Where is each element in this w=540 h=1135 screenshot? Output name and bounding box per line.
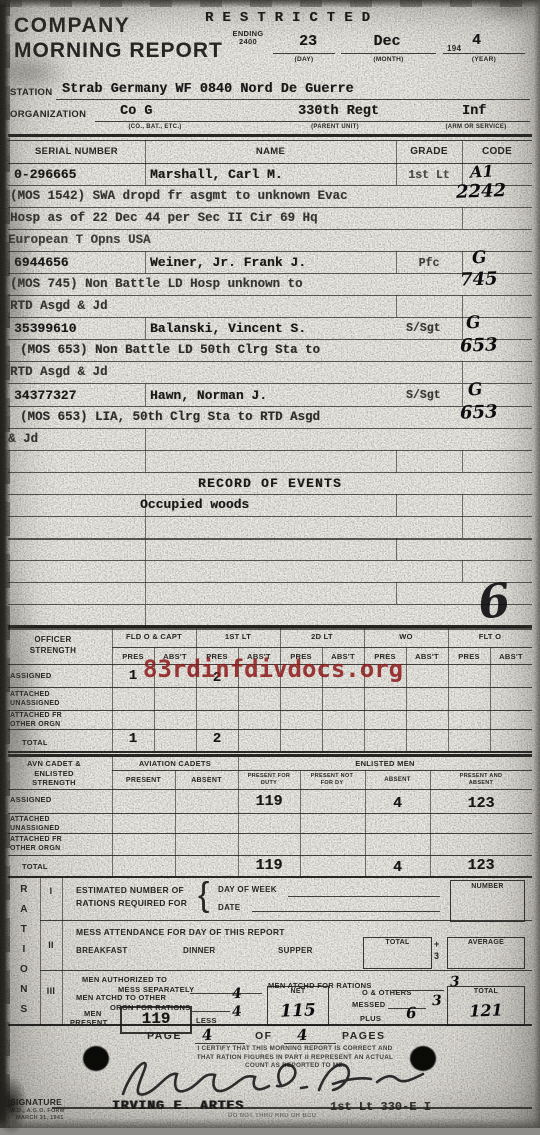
rule [364, 627, 365, 751]
rations-total-box: TOTAL 121 [447, 986, 525, 1026]
rations-letter: I [8, 944, 40, 955]
officer-group-2d-lt: 2D LT [280, 632, 364, 641]
roster-row-blank [8, 560, 532, 583]
enlisted-men-group: ENLISTED MEN [238, 759, 532, 768]
rations-letter: S [8, 1004, 40, 1015]
section-iii-numeral: III [40, 986, 62, 996]
org-arm-sublabel: (ARM OR SERVICE) [420, 124, 532, 130]
rule [145, 560, 146, 582]
total-present-for-duty: 119 [238, 857, 300, 874]
roster-col-serial: SERIAL NUMBER [8, 146, 145, 157]
soldier-name: Balanski, Vincent S. [150, 321, 306, 336]
pages-total: 4 [296, 1026, 308, 1045]
rule [145, 140, 146, 163]
assigned-absent: 4 [365, 795, 430, 812]
rule [8, 813, 532, 814]
classification-banner: RESTRICTED [205, 10, 415, 26]
rule [145, 251, 146, 273]
roster-row: 35399610 Balanski, Vincent S. S/Sgt G [8, 317, 532, 340]
rule [192, 1011, 230, 1012]
officer-group-fldo-capt: FLD O & CAPT [112, 632, 196, 641]
officer-total-1stlt-pres: 2 [196, 731, 238, 747]
rule [175, 770, 176, 876]
officer-group-wo: WO [364, 632, 448, 641]
rations-i-line2: RATIONS REQUIRED FOR [76, 898, 187, 908]
routing-note: DO NOT THRU RRU OR BCU [228, 1113, 316, 1119]
officer-total-fldo-pres: 1 [112, 731, 154, 747]
rule [8, 855, 532, 856]
rule [8, 140, 532, 141]
rule [448, 627, 449, 751]
rule [8, 751, 532, 753]
rule [145, 163, 146, 185]
roster-row: 0-296665 Marshall, Carl M. 1st Lt A1 [8, 163, 532, 186]
code-handwritten: G [467, 379, 484, 400]
remark-text: (MOS 653) LIA, 50th Clrg Sta to RTD Asgd [20, 410, 320, 424]
rule [396, 538, 397, 560]
rule [145, 317, 146, 339]
pages-label: PAGES [342, 1030, 385, 1042]
date-label: DATE [218, 903, 240, 912]
rule [284, 1043, 336, 1044]
divide-sign: + [434, 939, 440, 949]
org-company-sublabel: (CO., BAT., ETC.) [100, 124, 210, 130]
roster-row-blank [8, 450, 532, 473]
day-of-week-label: DAY OF WEEK [218, 885, 277, 894]
less-value: 4 [231, 1004, 242, 1021]
grade-value: S/Sgt [406, 389, 441, 402]
rule [8, 710, 532, 711]
total-present-and-absent: 123 [430, 857, 532, 874]
messed-label: MESSED [352, 1000, 385, 1009]
present-for-duty-header: PRESENT FOR DUTY [242, 773, 296, 786]
rule [396, 582, 397, 604]
section-i-numeral: I [40, 886, 62, 896]
rule [40, 878, 41, 1026]
pres-header: PRES [448, 652, 490, 661]
rations-letter: O [8, 964, 40, 975]
roster-row: (MOS 1542) SWA dropd fr asgmt to unknown… [8, 185, 532, 208]
number-box: NUMBER [450, 880, 525, 922]
men-authorized-label: MEN AUTHORIZED TO [82, 975, 167, 984]
ending-label: ENDING 2400 [228, 30, 268, 46]
net-value: 115 [268, 1000, 329, 1022]
day-sublabel: (DAY) [273, 56, 335, 63]
net-box: NET 115 [267, 986, 329, 1026]
rations-letter: N [8, 984, 40, 995]
section-ii-numeral: II [40, 940, 62, 950]
rule [145, 582, 146, 604]
page-number: 4 [201, 1026, 213, 1045]
rule [341, 53, 436, 54]
rule [288, 896, 440, 897]
roster-col-grade: GRADE [396, 146, 462, 157]
punch-hole [83, 1046, 109, 1071]
code-handwritten: 653 [460, 401, 498, 423]
rule [8, 876, 532, 879]
present-not-for-dy-header: PRESENT NOT FOR DY [304, 773, 360, 786]
form-ink-layer: RESTRICTED COMPANY MORNING REPORT ENDING… [0, 0, 540, 1128]
punch-hole [410, 1046, 436, 1071]
code-handwritten: G [471, 247, 487, 268]
rations-letter: A [8, 904, 40, 915]
roster-row: 34377327 Hawn, Norman J. S/Sgt G [8, 384, 532, 407]
record-of-events-entry-row: Occupied woods [8, 494, 532, 517]
roster-col-code: CODE [462, 146, 532, 157]
station-value: Strab Germany WF 0840 Nord De Guerre [62, 82, 354, 97]
cert-line1: I CERTIFY THAT THIS MORNING REPORT IS CO… [160, 1045, 430, 1052]
atchd-other-value: 4 [232, 986, 243, 1002]
handwritten-signature [115, 1052, 435, 1107]
year-sublabel: (YEAR) [443, 56, 525, 63]
cadet-absent-header: ABSENT [175, 777, 238, 784]
rule [443, 53, 525, 54]
mess-attendance-title: MESS ATTENDANCE FOR DAY OF THIS REPORT [76, 927, 285, 937]
rule [145, 538, 146, 560]
roster-row: (MOS 745) Non Battle LD Hosp unknown to … [8, 273, 532, 296]
mess-total-label: TOTAL [364, 939, 431, 946]
abst-header: ABS'T [406, 652, 448, 661]
rule [396, 295, 397, 317]
rule [8, 833, 532, 834]
mess-total-box: TOTAL [363, 937, 432, 969]
average-box: AVERAGE [447, 937, 525, 969]
rule [8, 625, 532, 628]
rule [145, 516, 146, 538]
archive-watermark: 83rdinfdivdocs.org [143, 655, 403, 683]
report-year-digit: 4 [472, 32, 481, 49]
roster-row: 6944656 Weiner, Jr. Frank J. Pfc G [8, 251, 532, 274]
dinner-label: DINNER [183, 946, 215, 955]
remark-text: (MOS 653) Non Battle LD 50th Clrg Sta to [20, 343, 320, 357]
handwritten-margin-mark: 6 [475, 572, 513, 629]
rule [300, 770, 301, 876]
rule [95, 121, 530, 122]
org-parent-sublabel: (PARENT UNIT) [280, 124, 390, 130]
report-month: Dec [352, 33, 422, 50]
rule [62, 878, 63, 1026]
form-title-line1: COMPANY [14, 14, 130, 38]
rations-i-line1: ESTIMATED NUMBER OF [76, 885, 184, 895]
number-box-label: NUMBER [451, 883, 524, 890]
rations-total-label: TOTAL [448, 988, 524, 995]
grade-value: Pfc [396, 257, 462, 270]
year-prefix: 194 [447, 44, 461, 53]
rule [396, 140, 397, 163]
soldier-name: Weiner, Jr. Frank J. [150, 255, 306, 270]
month-sublabel: (MONTH) [341, 56, 436, 63]
roster-row: (MOS 653) LIA, 50th Clrg Sta to RTD Asgd… [8, 406, 532, 429]
rule [462, 140, 463, 163]
grade-value: 1st Lt [396, 169, 462, 182]
absent-header: ABSENT [365, 777, 430, 783]
rule [8, 789, 532, 790]
rule [8, 134, 532, 137]
morning-report-page: RESTRICTED COMPANY MORNING REPORT ENDING… [0, 0, 540, 1128]
assigned-present-for-duty: 119 [238, 793, 300, 810]
signature-label: SIGNATURE [10, 1097, 62, 1107]
code-handwritten: 653 [460, 335, 498, 357]
rations-letter: R [8, 884, 40, 895]
remark-text: Hosp as of 22 Dec 44 per Sec II Cir 69 H… [10, 211, 318, 225]
rule [145, 450, 146, 472]
rule [112, 756, 113, 876]
total-absent: 4 [365, 859, 430, 876]
roster-row-blank [8, 582, 532, 605]
code-handwritten: G [465, 313, 481, 334]
rule [8, 729, 532, 730]
roster-row-blank [8, 538, 532, 561]
rule [462, 494, 463, 516]
men-atchd-other-label1: MEN ATCHD TO OTHER [76, 993, 166, 1002]
roster-row: Hosp as of 22 Dec 44 per Sec II Cir 69 H… [8, 207, 532, 230]
code-handwritten: A1 [470, 161, 495, 181]
rule [145, 384, 146, 406]
rule [462, 295, 463, 317]
net-label: NET [268, 988, 328, 995]
soldier-name: Hawn, Norman J. [150, 388, 267, 403]
roster-row: European T Opns USA [8, 229, 532, 252]
roster-row: (MOS 653) Non Battle LD 50th Clrg Sta to… [8, 339, 532, 362]
roster-row: RTD Asgd & Jd [8, 295, 532, 318]
rule [462, 516, 463, 538]
less-label: LESS [196, 1016, 217, 1025]
average-label: AVERAGE [448, 939, 524, 946]
rule [490, 647, 491, 751]
rule [56, 99, 530, 100]
abst-header: ABS'T [490, 652, 532, 661]
page-label: PAGE [147, 1030, 182, 1042]
events-entry-text: Occupied woods [140, 497, 249, 512]
record-of-events-title: RECORD OF EVENTS [8, 476, 532, 491]
divisor: 3 [434, 951, 439, 961]
brace-glyph: { [198, 876, 209, 915]
rations-total-value: 121 [448, 1000, 525, 1022]
men-present-value: 119 [122, 1010, 190, 1028]
ending-time: 2400 [239, 37, 257, 46]
present-and-absent-header: PRESENT AND ABSENT [458, 773, 504, 786]
rule [280, 627, 281, 751]
rule [145, 605, 146, 627]
rule [252, 911, 440, 912]
aviation-cadets-group: AVIATION CADETS [112, 759, 238, 768]
rule [406, 647, 407, 751]
rule [145, 428, 146, 450]
roster-row: RTD Asgd & Jd [8, 361, 532, 384]
rule [190, 993, 262, 994]
soldier-name: Marshall, Carl M. [150, 167, 283, 182]
remark-text: (MOS 745) Non Battle LD Hosp unknown to [10, 277, 303, 291]
rule [396, 450, 397, 472]
rule [273, 53, 335, 54]
assigned-present-and-absent: 123 [430, 795, 532, 812]
code-handwritten: 2242 [456, 180, 507, 203]
present-label: PRESENT [70, 1018, 108, 1027]
rule [8, 754, 532, 757]
rations-letter: T [8, 924, 40, 935]
cadet-present-header: PRESENT [112, 777, 175, 784]
form-id-line1: W.D., A.G.O. FORM [10, 1108, 65, 1114]
code-handwritten: 745 [460, 268, 498, 290]
of-label: OF [255, 1030, 273, 1042]
record-of-events-row: RECORD OF EVENTS [8, 472, 532, 495]
rule [195, 1043, 245, 1044]
scanned-morning-report: { "watermark": { "text": "83rdinfdivdocs… [0, 0, 540, 1128]
o-and-others-label: O & OTHERS [362, 988, 412, 997]
rule [462, 361, 463, 383]
org-arm-value: Inf [462, 104, 486, 119]
organization-label: ORGANIZATION [10, 109, 86, 120]
roster-row-blank [8, 516, 532, 540]
roster-row: & Jd [8, 428, 532, 451]
report-day: 23 [283, 33, 333, 50]
form-id-line2: MARCH 31, 1941 [16, 1115, 64, 1121]
rule [396, 494, 397, 516]
rule [462, 450, 463, 472]
grade-value: S/Sgt [406, 322, 441, 335]
officer-group-flt-o: FLT O [448, 632, 532, 641]
remark-text: & Jd [8, 432, 38, 446]
plus-value: 6 [405, 1004, 417, 1023]
men-label: MEN [84, 1009, 102, 1018]
breakfast-label: BREAKFAST [76, 946, 128, 955]
rule [40, 970, 532, 971]
rule [8, 687, 532, 688]
plus-label: PLUS [360, 1014, 381, 1023]
rule [462, 560, 463, 582]
org-company-value: Co G [120, 104, 152, 119]
rule [462, 207, 463, 229]
remark-text: (MOS 1542) SWA dropd fr asgmt to unknown… [10, 189, 348, 203]
others-messed-value: 3 [432, 993, 443, 1009]
officer-group-1st-lt: 1ST LT [196, 632, 280, 641]
org-parent-value: 330th Regt [298, 104, 379, 119]
roster-col-name: NAME [145, 146, 396, 157]
supper-label: SUPPER [278, 946, 313, 955]
